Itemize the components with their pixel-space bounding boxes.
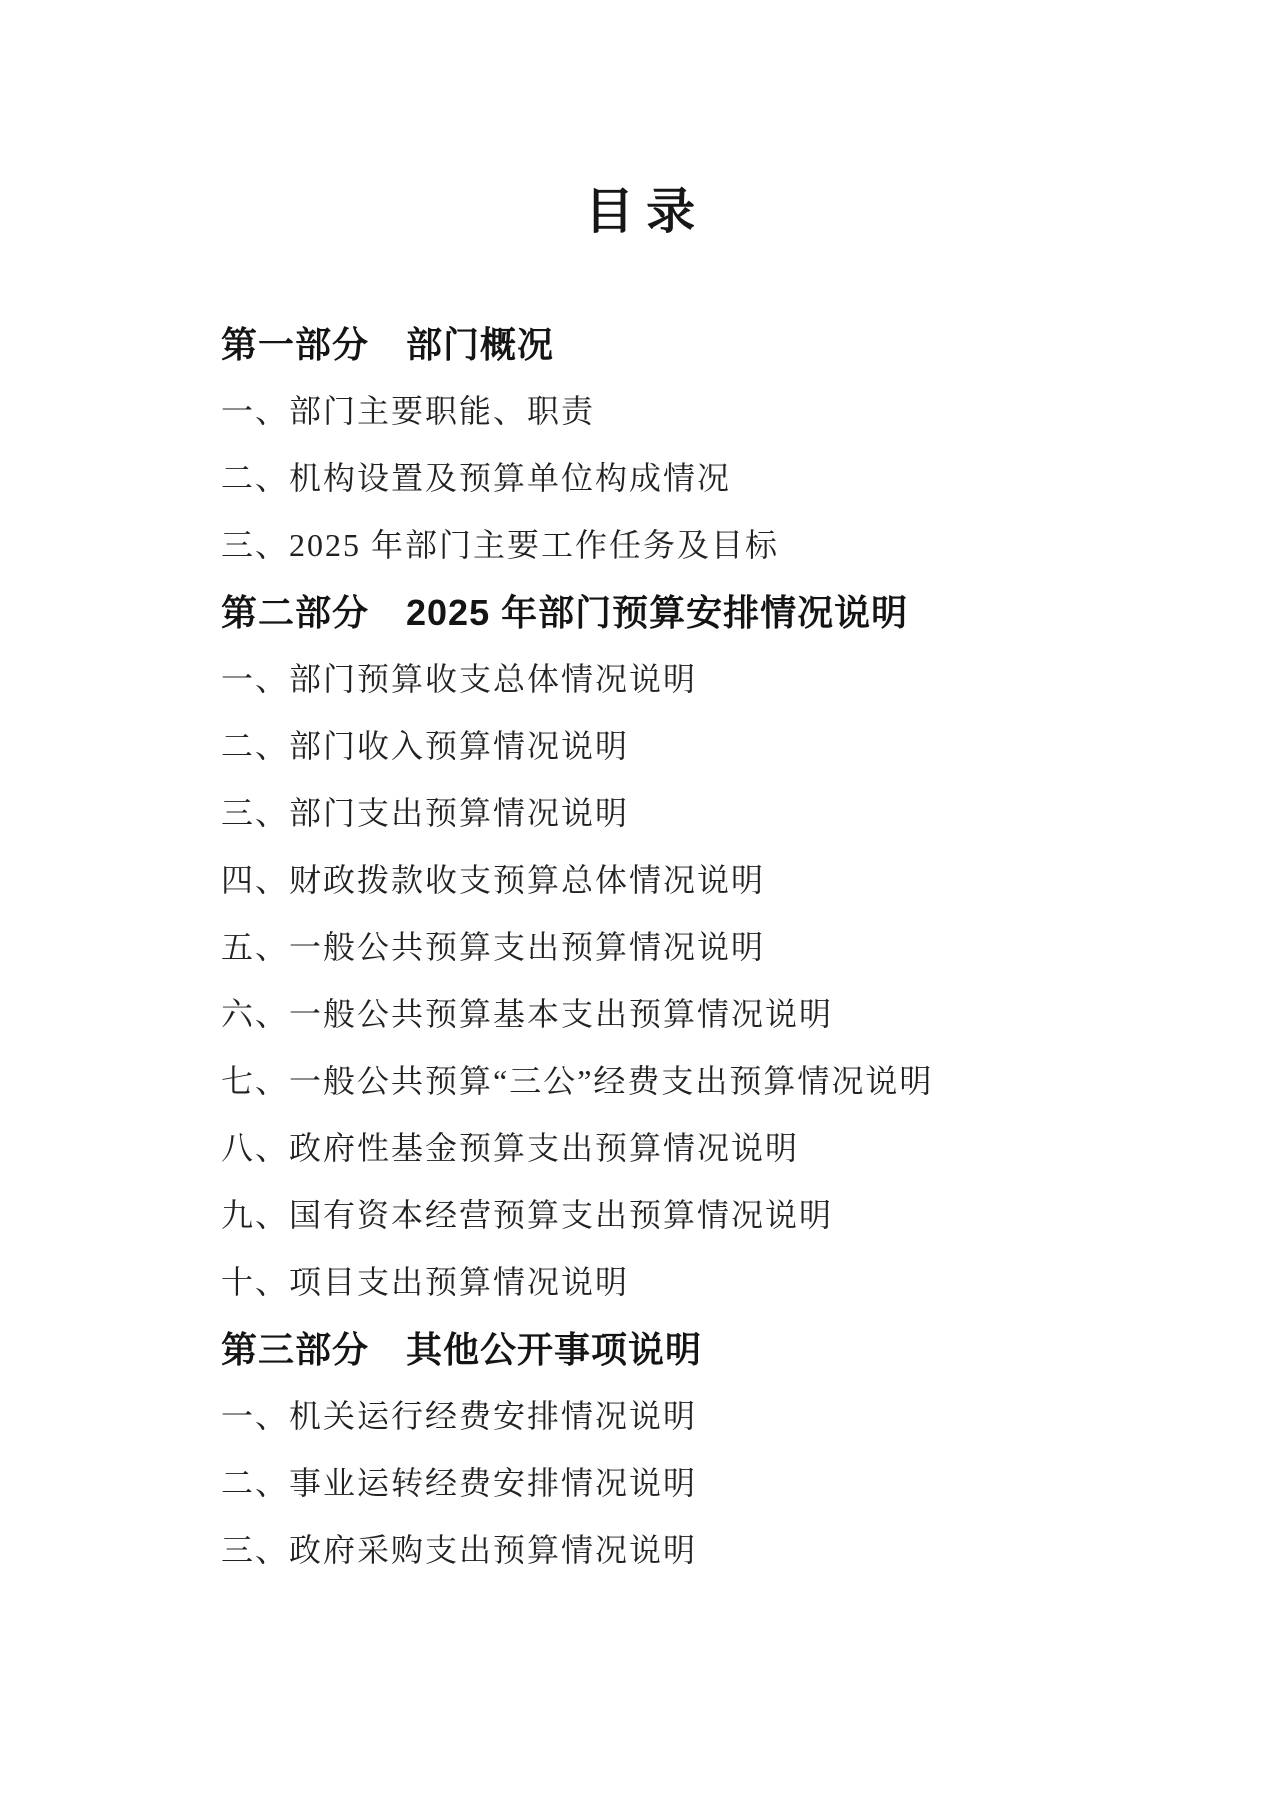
section-heading-part3: 第三部分 其他公开事项说明 [221,1316,1141,1383]
toc-item: 三、部门支出预算情况说明 [221,780,1141,847]
toc-item: 三、政府采购支出预算情况说明 [221,1517,1141,1584]
toc-item: 二、事业运转经费安排情况说明 [221,1450,1141,1517]
toc-item: 一、部门主要职能、职责 [221,378,1141,445]
page-title: 目 录 [0,187,1280,236]
toc-item: 四、财政拨款收支预算总体情况说明 [221,847,1141,914]
toc-item: 六、一般公共预算基本支出预算情况说明 [221,981,1141,1048]
toc-item: 五、一般公共预算支出预算情况说明 [221,914,1141,981]
toc-item: 一、部门预算收支总体情况说明 [221,646,1141,713]
table-of-contents: 第一部分 部门概况 一、部门主要职能、职责 二、机构设置及预算单位构成情况 三、… [221,311,1141,1584]
toc-item: 七、一般公共预算“三公”经费支出预算情况说明 [221,1048,1141,1115]
toc-item: 九、国有资本经营预算支出预算情况说明 [221,1182,1141,1249]
section-heading-part2: 第二部分 2025 年部门预算安排情况说明 [221,579,1141,646]
toc-item: 一、机关运行经费安排情况说明 [221,1383,1141,1450]
section-heading-part1: 第一部分 部门概况 [221,311,1141,378]
document-page: 目 录 第一部分 部门概况 一、部门主要职能、职责 二、机构设置及预算单位构成情… [0,0,1280,1810]
toc-item: 二、机构设置及预算单位构成情况 [221,445,1141,512]
toc-item: 八、政府性基金预算支出预算情况说明 [221,1115,1141,1182]
toc-item: 二、部门收入预算情况说明 [221,713,1141,780]
toc-item: 十、项目支出预算情况说明 [221,1249,1141,1316]
toc-item: 三、2025 年部门主要工作任务及目标 [221,512,1141,579]
